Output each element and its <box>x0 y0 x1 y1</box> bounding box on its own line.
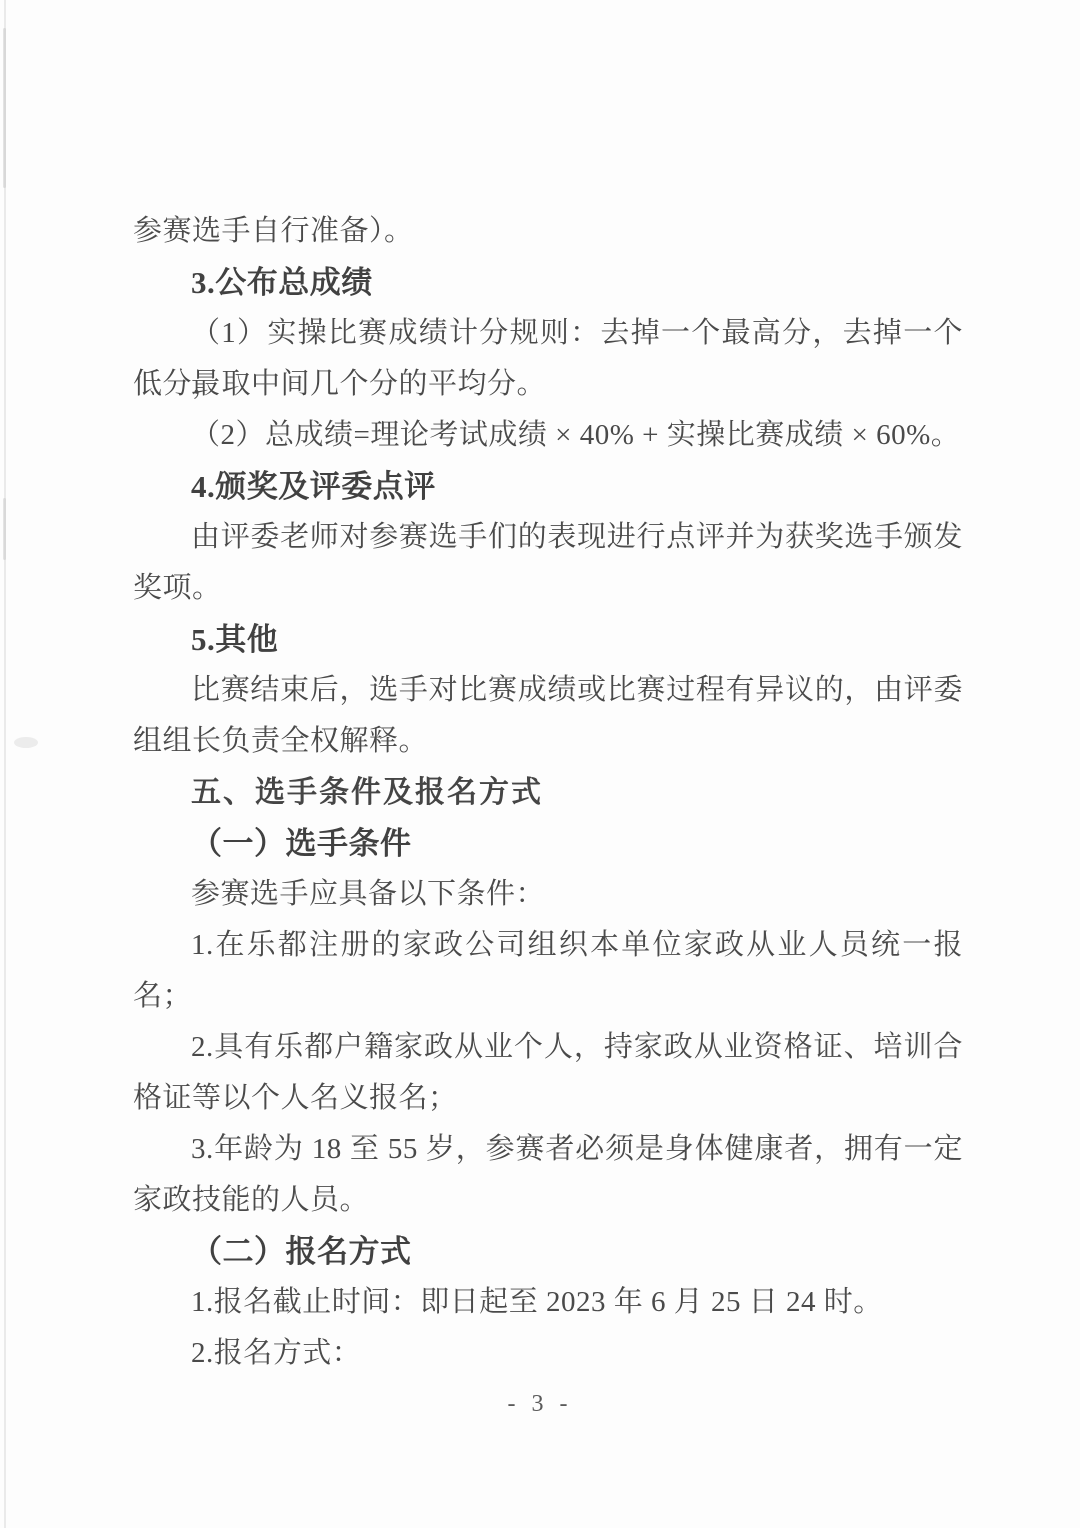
page-number: - 3 - <box>0 1386 1080 1422</box>
heading-other: 5.其他 <box>133 614 963 665</box>
body-line-total-score-formula: （2）总成绩=理论考试成绩 × 40% + 实操比赛成绩 × 60%。 <box>133 410 963 461</box>
body-line-dispute: 比赛结束后，选手对比赛成绩或比赛过程有异议的，由评委 <box>133 665 963 716</box>
body-line-condition-1: 1.在乐都注册的家政公司组织本单位家政从业人员统一报 <box>133 920 963 971</box>
body-line-deadline: 1.报名截止时间：即日起至 2023 年 6 月 25 日 24 时。 <box>133 1277 963 1328</box>
body-line-condition-2-cont: 格证等以个人名义报名； <box>133 1073 963 1124</box>
heading-player-conditions: （一）选手条件 <box>133 818 963 869</box>
heading-section-five: 五、选手条件及报名方式 <box>133 767 963 818</box>
body-line-condition-2: 2.具有乐都户籍家政从业个人，持家政从业资格证、培训合 <box>133 1022 963 1073</box>
scan-edge-mark <box>3 498 6 560</box>
body-line-judges-review-cont: 奖项。 <box>133 563 963 614</box>
heading-publish-total-score: 3.公布总成绩 <box>133 257 963 308</box>
body-line-sentence-end: 参赛选手自行准备）。 <box>133 206 963 257</box>
text-column: 参赛选手自行准备）。 3.公布总成绩 （1）实操比赛成绩计分规则：去掉一个最高分… <box>133 206 963 1379</box>
body-line-scoring-rule: （1）实操比赛成绩计分规则：去掉一个最高分，去掉一个最 <box>133 308 963 359</box>
heading-awards-and-review: 4.颁奖及评委点评 <box>133 461 963 512</box>
body-line-scoring-rule-cont: 低分，取中间几个分的平均分。 <box>133 359 963 410</box>
scan-edge-artifact <box>4 0 6 1528</box>
body-line-dispute-cont: 组组长负责全权解释。 <box>133 716 963 767</box>
body-line-registration-way: 2.报名方式： <box>133 1328 963 1379</box>
scan-smudge <box>14 737 38 748</box>
scan-edge-mark <box>3 28 6 188</box>
body-line-judges-review: 由评委老师对参赛选手们的表现进行点评并为获奖选手颁发 <box>133 512 963 563</box>
body-line-condition-3: 3.年龄为 18 至 55 岁，参赛者必须是身体健康者，拥有一定 <box>133 1124 963 1175</box>
document-page: 参赛选手自行准备）。 3.公布总成绩 （1）实操比赛成绩计分规则：去掉一个最高分… <box>0 0 1080 1528</box>
body-line-conditions-intro: 参赛选手应具备以下条件： <box>133 869 963 920</box>
body-line-condition-3-cont: 家政技能的人员。 <box>133 1175 963 1226</box>
heading-registration-method: （二）报名方式 <box>133 1226 963 1277</box>
body-line-condition-1-cont: 名； <box>133 971 963 1022</box>
